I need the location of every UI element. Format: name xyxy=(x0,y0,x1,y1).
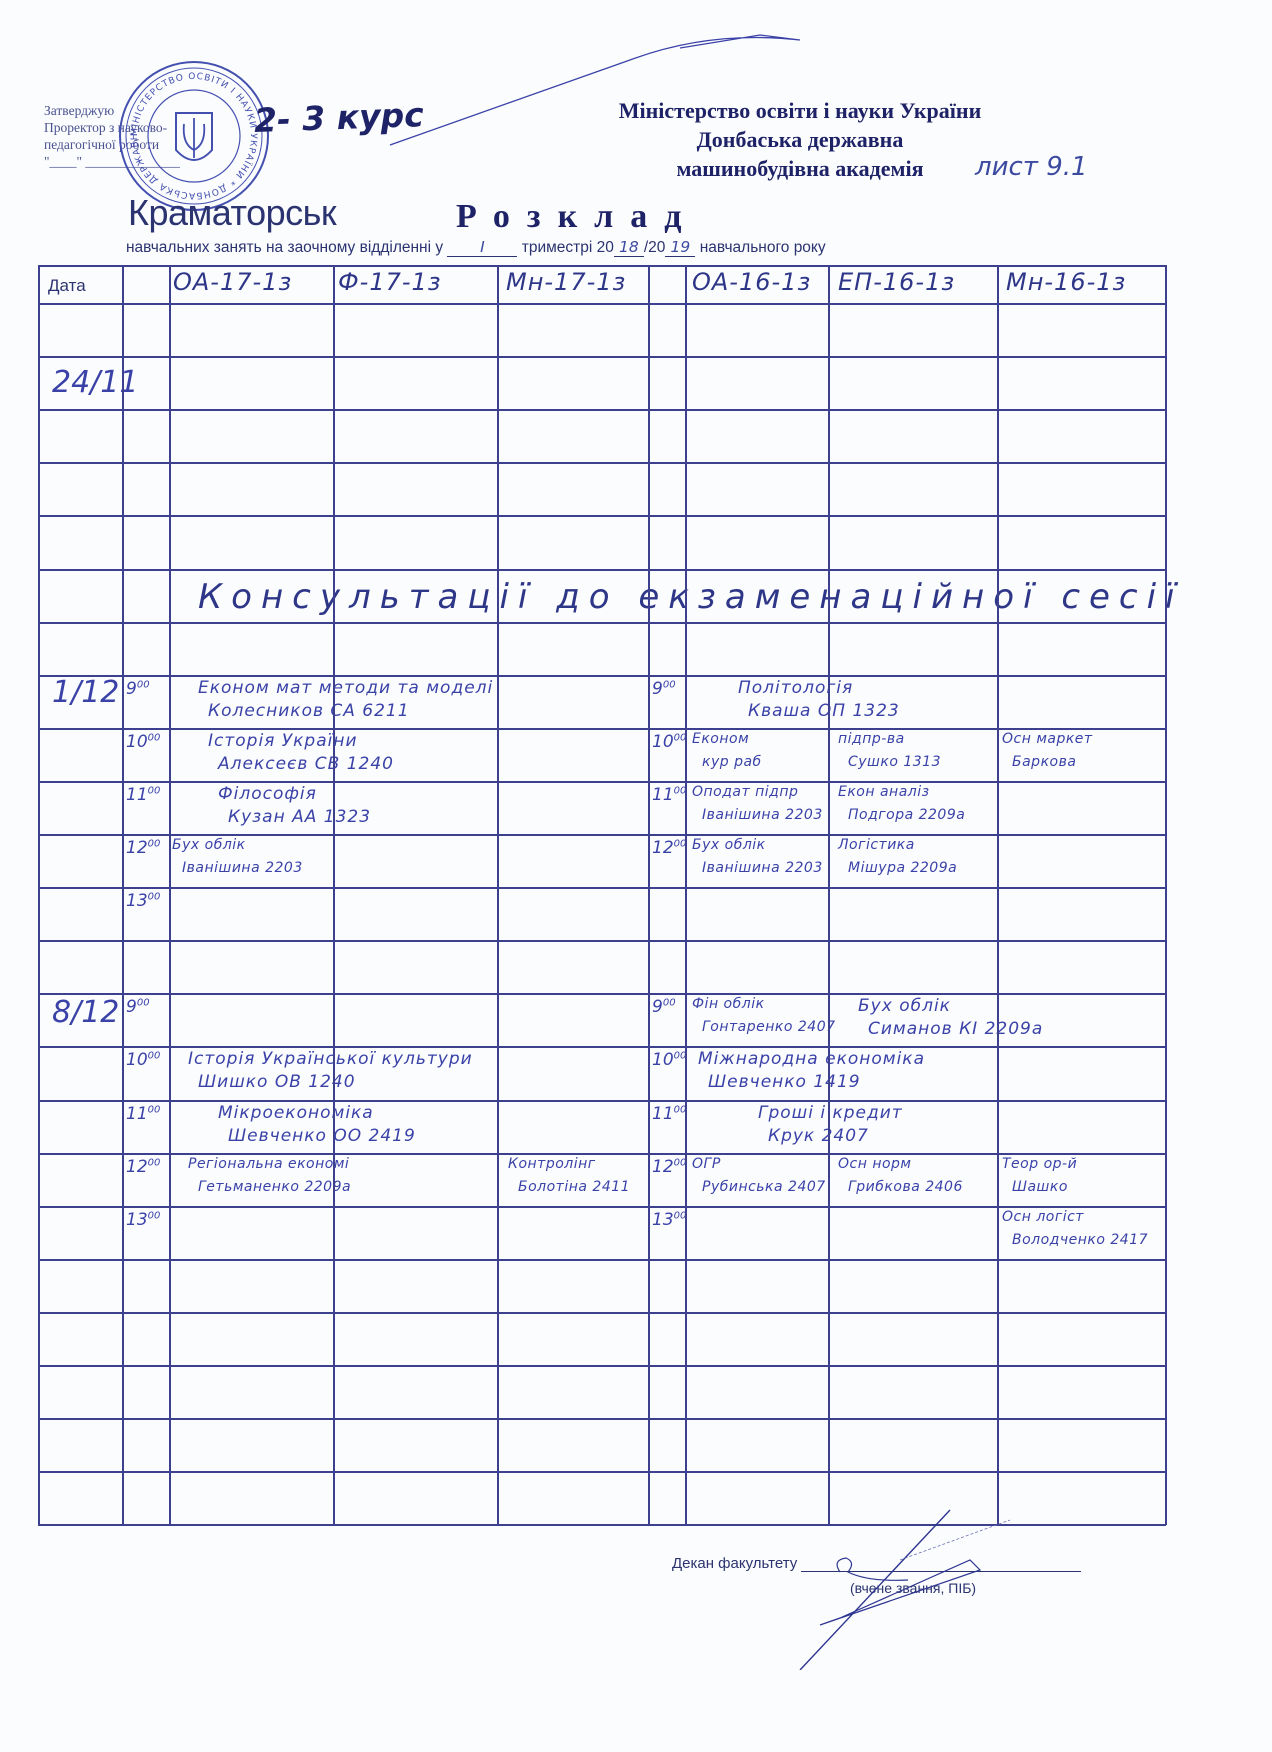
time-left: 1200 xyxy=(126,1157,160,1177)
grid-row-line xyxy=(38,303,1166,305)
grid-row-line xyxy=(38,1312,1166,1314)
official-stamp-icon: МІНІСТЕРСТВО ОСВІТИ І НАУКИ УКРАЇНИ * ДО… xyxy=(116,58,272,214)
lesson-8-12-right-10-teacher: Шевченко 1419 xyxy=(708,1072,861,1092)
time-left: 1300 xyxy=(126,891,160,911)
ministry-line-1: Міністерство освіти і науки України xyxy=(560,96,1040,125)
lesson-1-12-right-9-subject: Політологія xyxy=(738,678,853,698)
lesson-8-12-right-12-2-subject: Теор ор-й xyxy=(1002,1156,1077,1172)
subtitle-part-3: /20 xyxy=(644,239,666,256)
lesson-1-12-right-11-1-teacher: Подгора 2209а xyxy=(848,807,965,823)
grid-row-line xyxy=(38,569,1166,571)
grid-column-line xyxy=(997,265,999,1525)
handwritten-signature-icon xyxy=(780,1500,1020,1670)
group-header-mn-16: Мн-16-1з xyxy=(1006,268,1126,296)
lesson-8-12-left-11-subject: Мікроекономіка xyxy=(218,1103,374,1123)
subtitle-part-4: навчального року xyxy=(700,239,826,256)
grid-row-line xyxy=(38,728,1166,730)
schedule-subtitle: навчальних занять на заочному відділенні… xyxy=(126,238,826,257)
lesson-8-12-left-10-subject: Історія Української культури xyxy=(188,1049,473,1069)
grid-row-line xyxy=(38,993,1166,995)
grid-row-line xyxy=(38,409,1166,411)
lesson-8-12-right-12-0-subject: ОГР xyxy=(692,1156,721,1172)
lesson-8-12-right-12-1-subject: Осн норм xyxy=(838,1156,912,1172)
grid-row-line xyxy=(38,622,1166,624)
date-24-11: 24/11 xyxy=(52,365,138,400)
time-right: 1100 xyxy=(652,785,686,805)
lesson-1-12-right-10-2-teacher: Баркова xyxy=(1012,754,1076,770)
time-left: 1000 xyxy=(126,732,160,752)
time-left: 1000 xyxy=(126,1050,160,1070)
group-header-ep-16: ЕП-16-1з xyxy=(838,268,955,296)
grid-row-line xyxy=(38,781,1166,783)
time-left: 1100 xyxy=(126,785,160,805)
lesson-8-12-right-12-0-teacher: Рубинська 2407 xyxy=(702,1179,826,1195)
trimester-field: I xyxy=(447,238,517,257)
time-right: 1300 xyxy=(652,1210,686,1230)
lesson-1-12-left-9-teacher: Колесников СА 6211 xyxy=(208,701,410,721)
lesson-1-12-right-10-1-teacher: Сушко 1313 xyxy=(848,754,941,770)
date-8-12: 8/12 xyxy=(52,995,119,1030)
grid-row-line xyxy=(38,1365,1166,1367)
grid-row-line xyxy=(38,515,1166,517)
date-1-12: 1/12 xyxy=(52,675,119,710)
grid-row-line xyxy=(38,1418,1166,1420)
grid-row-line xyxy=(38,940,1166,942)
group-header-f-17: Ф-17-1з xyxy=(338,268,442,296)
grid-row-line xyxy=(38,1471,1166,1473)
grid-column-line xyxy=(333,265,335,1525)
lesson-8-12-left-12-1-subject: Контролінг xyxy=(508,1156,596,1172)
lesson-1-12-right-10-2-subject: Осн маркет xyxy=(1002,731,1093,747)
subtitle-part-2: триместрі 20 xyxy=(522,239,614,256)
grid-row-line xyxy=(38,356,1166,358)
grid-row-line xyxy=(38,462,1166,464)
grid-column-line xyxy=(169,265,171,1525)
course-note: 2- 3 курс xyxy=(253,95,424,140)
time-right: 1000 xyxy=(652,732,686,752)
dean-label: Декан факультету xyxy=(672,1555,797,1572)
grid-row-line xyxy=(38,1100,1166,1102)
time-left: 1200 xyxy=(126,838,160,858)
lesson-1-12-right-11-1-subject: Екон аналіз xyxy=(838,784,930,800)
ministry-heading: Міністерство освіти і науки України Донб… xyxy=(560,96,1040,183)
lesson-1-12-left-11-teacher: Кузан АА 1323 xyxy=(228,807,371,827)
grid-column-line xyxy=(648,265,650,1525)
time-right: 1100 xyxy=(652,1104,686,1124)
lesson-8-12-left-12-0-subject: Регіональна економі xyxy=(188,1156,349,1172)
grid-column-line xyxy=(38,265,40,1525)
svg-text:МІНІСТЕРСТВО ОСВІТИ І НАУКИ УК: МІНІСТЕРСТВО ОСВІТИ І НАУКИ УКРАЇНИ * ДО… xyxy=(116,58,258,200)
lesson-8-12-right-13-subject: Осн логіст xyxy=(1002,1209,1084,1225)
grid-column-line xyxy=(828,265,830,1525)
lesson-1-12-right-12-0-subject: Бух облік xyxy=(692,837,766,853)
grid-row-line xyxy=(38,1206,1166,1208)
lesson-1-12-right-12-0-teacher: Іванішина 2203 xyxy=(702,860,823,876)
time-right: 1200 xyxy=(652,838,686,858)
lesson-1-12-right-10-1-subject: підпр-ва xyxy=(838,731,905,747)
time-right: 900 xyxy=(652,997,676,1017)
group-header-oa-16: ОА-16-1з xyxy=(692,268,811,296)
grid-column-line xyxy=(685,265,687,1525)
time-left: 900 xyxy=(126,679,150,699)
lesson-8-12-left-12-1-teacher: Болотіна 2411 xyxy=(518,1179,630,1195)
grid-row-line xyxy=(38,1153,1166,1155)
grid-row-line xyxy=(38,1046,1166,1048)
grid-row-line xyxy=(38,265,1166,267)
sheet-number-note: лист 9.1 xyxy=(975,152,1088,182)
grid-column-line xyxy=(122,265,124,1525)
grid-row-line xyxy=(38,1259,1166,1261)
lesson-8-12-right-9-1-subject: Бух облік xyxy=(858,996,951,1016)
lesson-8-12-right-10-subject: Міжнародна економіка xyxy=(698,1049,925,1069)
city-label: Краматорськ xyxy=(128,192,336,234)
time-left: 1100 xyxy=(126,1104,160,1124)
year-start-field: 18 xyxy=(614,238,644,257)
time-right: 900 xyxy=(652,679,676,699)
lesson-8-12-left-10-teacher: Шишко ОВ 1240 xyxy=(198,1072,356,1092)
ministry-line-3: машинобудівна академія xyxy=(560,154,1040,183)
grid-column-line xyxy=(1165,265,1167,1525)
grid-row-line xyxy=(38,887,1166,889)
lesson-1-12-left-10-subject: Історія України xyxy=(208,731,358,751)
lesson-1-12-left-11-subject: Філософія xyxy=(218,784,317,804)
year-end-field: 19 xyxy=(665,238,695,257)
consultation-banner: Консультації до екзаменаційної сесії xyxy=(198,577,1184,617)
lesson-8-12-right-13-teacher: Володченко 2417 xyxy=(1012,1232,1148,1248)
page-title: Розклад xyxy=(456,198,698,236)
lesson-8-12-right-11-subject: Гроші і кредит xyxy=(758,1103,903,1123)
lesson-8-12-right-12-2-teacher: Шашко xyxy=(1012,1179,1068,1195)
ministry-line-2: Донбаська державна xyxy=(560,125,1040,154)
lesson-1-12-right-9-teacher: Кваша ОП 1323 xyxy=(748,701,900,721)
lesson-1-12-left-12-teacher: Іванішина 2203 xyxy=(182,860,303,876)
grid-column-line xyxy=(497,265,499,1525)
grid-row-line xyxy=(38,834,1166,836)
group-header-oa-17: ОА-17-1з xyxy=(173,268,292,296)
lesson-1-12-right-12-1-teacher: Мішура 2209а xyxy=(848,860,957,876)
time-right: 1200 xyxy=(652,1157,686,1177)
lesson-8-12-left-11-teacher: Шевченко ОО 2419 xyxy=(228,1126,416,1146)
lesson-1-12-left-9-subject: Економ мат методи та моделі xyxy=(198,678,493,698)
lesson-8-12-left-12-0-teacher: Гетьманенко 2209а xyxy=(198,1179,351,1195)
lesson-8-12-right-9-0-teacher: Гонтаренко 2407 xyxy=(702,1019,836,1035)
lesson-8-12-right-11-teacher: Крук 2407 xyxy=(768,1126,869,1146)
lesson-1-12-right-11-0-teacher: Іванішина 2203 xyxy=(702,807,823,823)
lesson-8-12-right-12-1-teacher: Грибкова 2406 xyxy=(848,1179,963,1195)
lesson-1-12-left-10-teacher: Алексеєв СВ 1240 xyxy=(218,754,394,774)
lesson-8-12-right-9-0-subject: Фін облік xyxy=(692,996,765,1012)
lesson-1-12-right-12-1-subject: Логістика xyxy=(838,837,915,853)
subtitle-part-1: навчальних занять на заочному відділенні… xyxy=(126,239,443,256)
lesson-1-12-right-11-0-subject: Оподат підпр xyxy=(692,784,798,800)
grid-row-line xyxy=(38,675,1166,677)
time-left: 1300 xyxy=(126,1210,160,1230)
lesson-8-12-right-9-1-teacher: Симанов КІ 2209а xyxy=(868,1019,1043,1039)
date-column-header: Дата xyxy=(48,276,86,296)
group-header-mn-17: Мн-17-1з xyxy=(506,268,626,296)
lesson-1-12-left-12-subject: Бух облік xyxy=(172,837,246,853)
time-left: 900 xyxy=(126,997,150,1017)
lesson-1-12-right-10-0-teacher: кур раб xyxy=(702,754,762,770)
lesson-1-12-right-10-0-subject: Економ xyxy=(692,731,749,747)
schedule-table: Дата ОА-17-1з Ф-17-1з Мн-17-1з ОА-16-1з … xyxy=(38,265,1166,1525)
time-right: 1000 xyxy=(652,1050,686,1070)
